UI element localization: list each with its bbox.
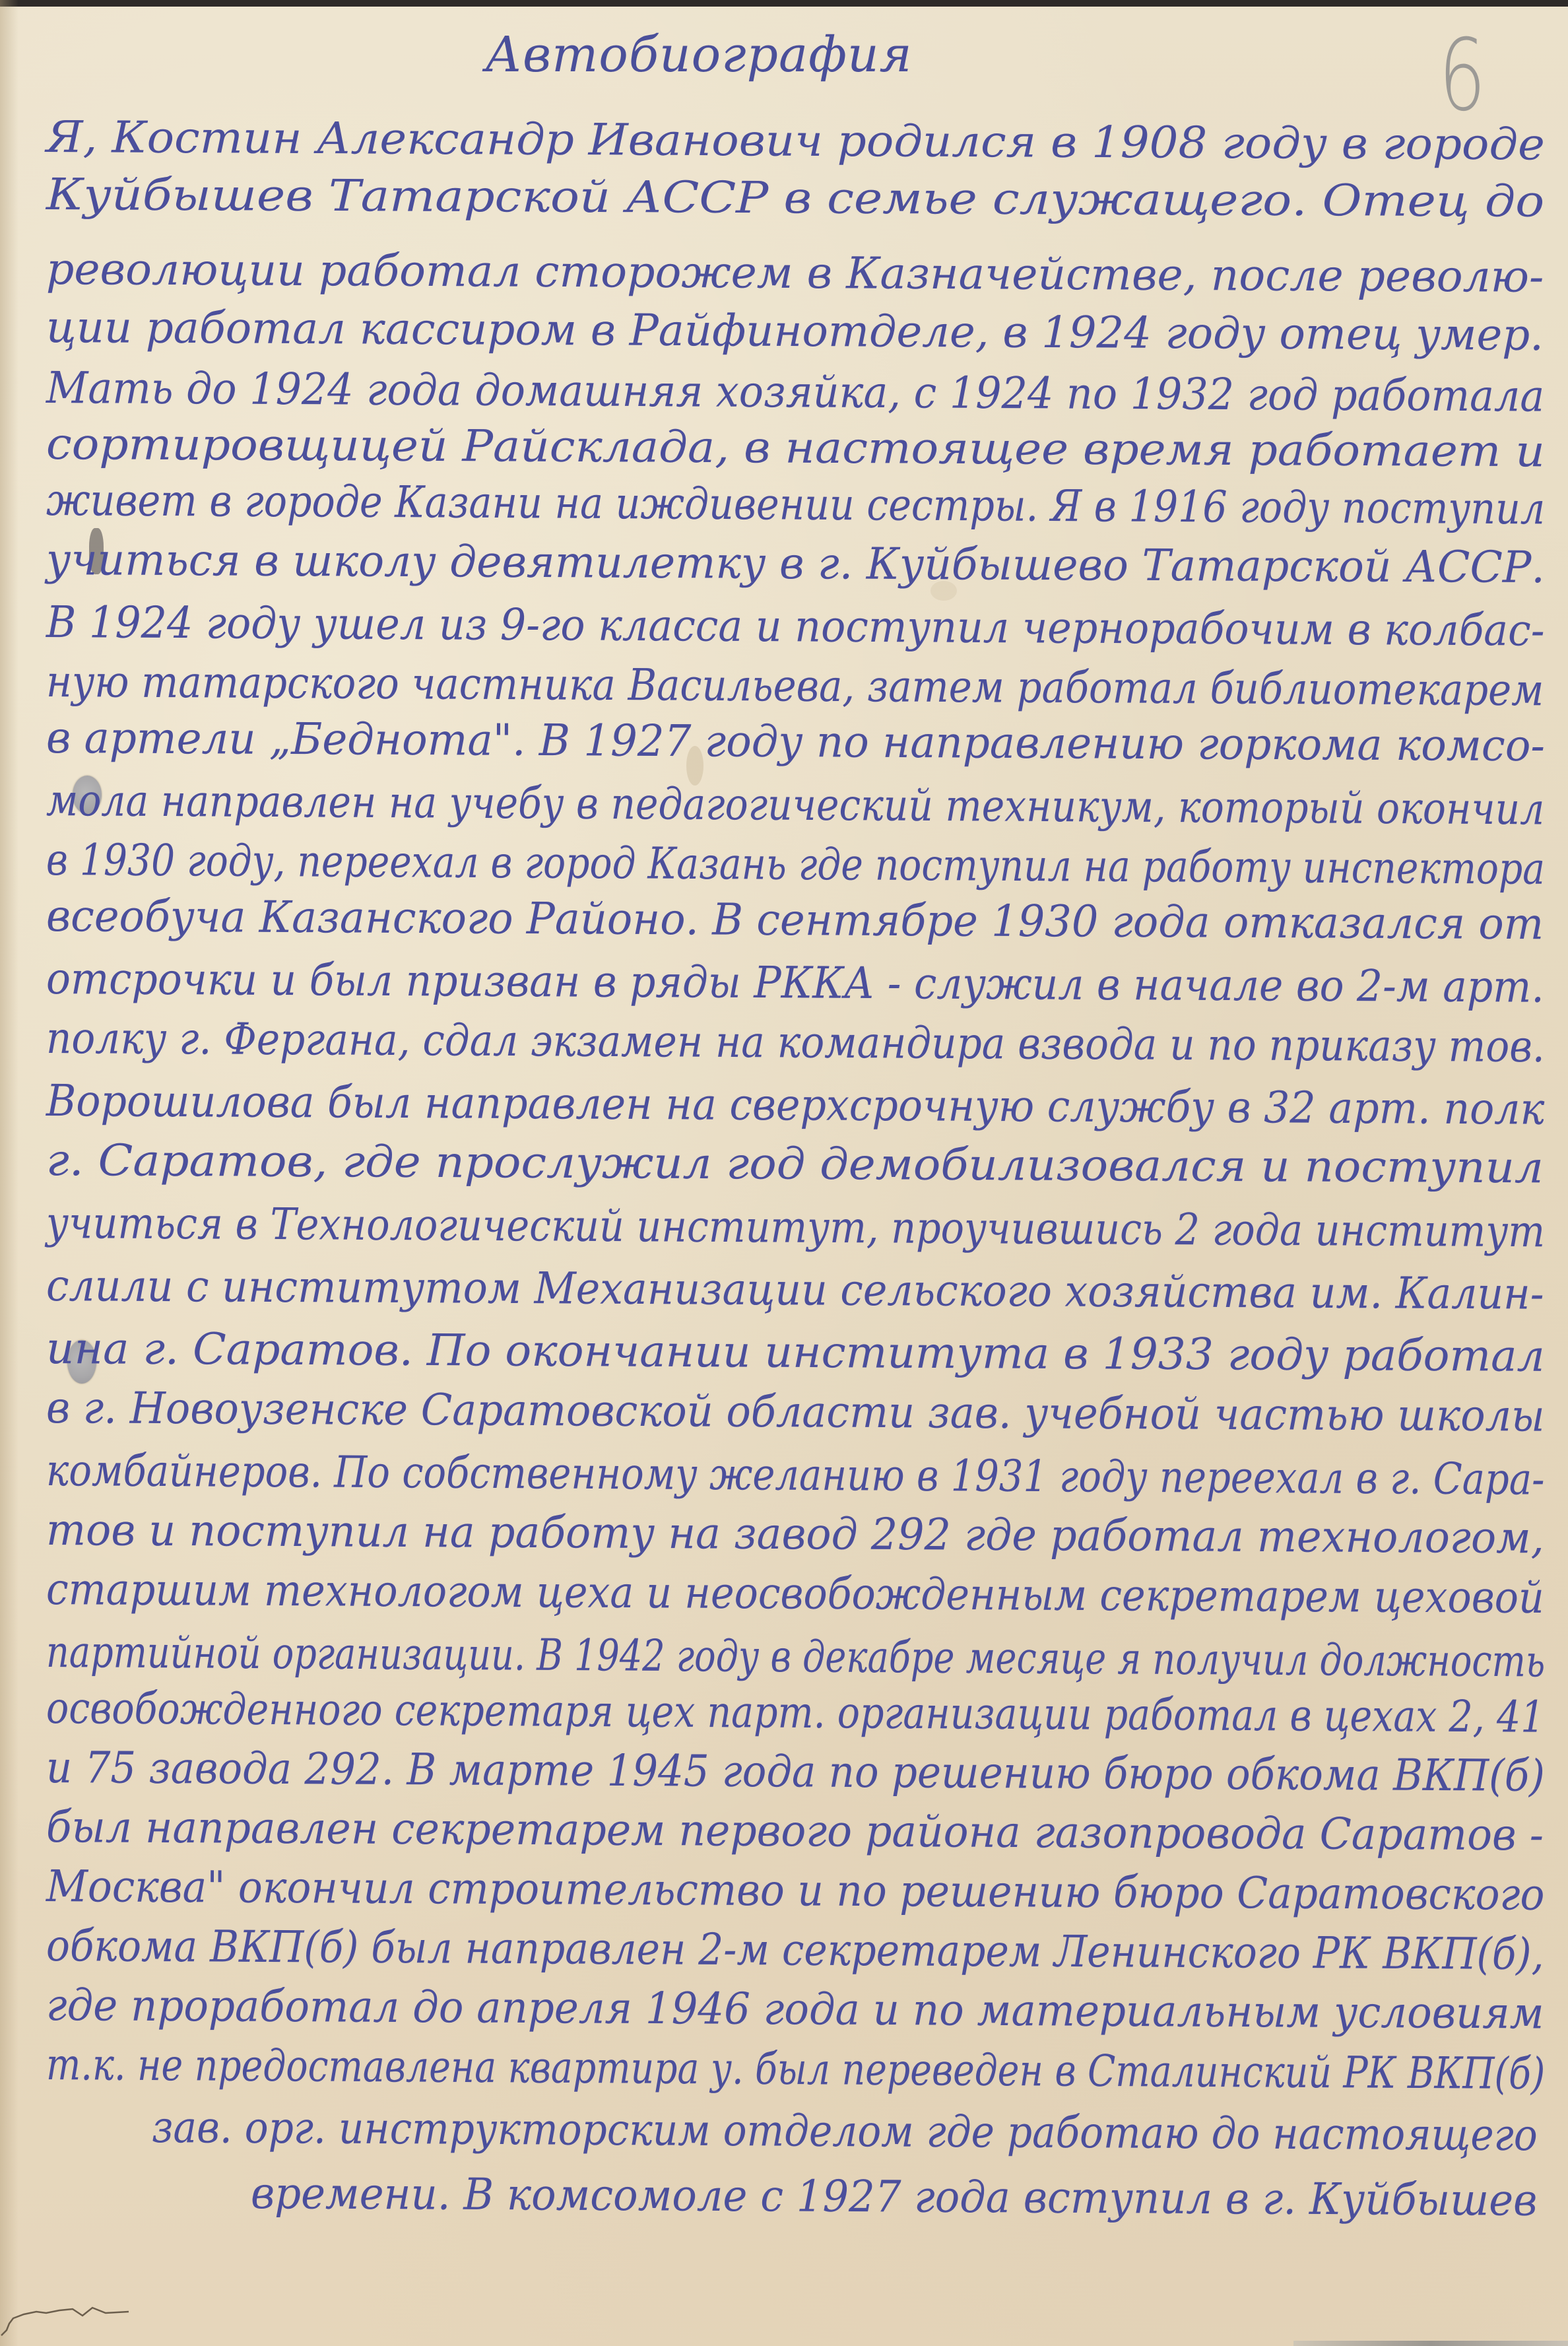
handwritten-line: В 1924 году ушел из 9-го класса и поступ… <box>46 601 1545 653</box>
handwritten-line: сортировщицей Райсклада, в настоящее вре… <box>46 422 1545 473</box>
handwritten-line: учиться в Технологический институт, проу… <box>46 1201 1545 1254</box>
handwritten-line: г. Саратов, где прослужил год демобилизо… <box>46 1139 1544 1190</box>
handwritten-line: учиться в школу девятилетку в г. Куйбыше… <box>46 538 1545 589</box>
page-number: 6 <box>1439 26 1486 125</box>
handwritten-line: Куйбышев Татарской АССР в семье служащег… <box>46 173 1545 224</box>
handwritten-line: обкома ВКП(б) был направлен 2-м секретар… <box>46 1924 1544 1976</box>
handwritten-line: ина г. Саратов. По окончании института в… <box>46 1327 1545 1378</box>
handwritten-line: тов и поступил на работу на завод 292 гд… <box>46 1508 1544 1560</box>
handwritten-line: времени. В комсомоле с 1927 года вступил… <box>251 2172 1538 2223</box>
handwritten-line: где проработал до апреля 1946 года и по … <box>46 1984 1544 2036</box>
handwritten-line: слили с институтом Механизации сельского… <box>46 1264 1544 1316</box>
scan-top-border <box>0 0 1568 7</box>
handwritten-line: в артели „Беднота". В 1927 году по напра… <box>46 716 1545 768</box>
handwritten-line: старшим технологом цеха и неосвобожденны… <box>46 1568 1544 1620</box>
handwritten-line: всеобуча Казанского Районо. В сентябре 1… <box>46 894 1544 946</box>
handwritten-line: мола направлен на учебу в педагогический… <box>46 779 1545 831</box>
handwritten-line: ции работал кассиром в Райфинотделе, в 1… <box>46 306 1544 357</box>
handwritten-line: полку г. Фергана, сдал экзамен на команд… <box>46 1017 1545 1069</box>
handwritten-line: Москва" окончил строительство и по решен… <box>46 1865 1545 1917</box>
scan-bottom-edge <box>1293 2341 1568 2346</box>
paper-tear-mark <box>0 2304 132 2343</box>
document-title: Автобиография <box>485 26 913 83</box>
handwritten-line: освобожденного секретаря цех парт. орган… <box>46 1687 1545 1739</box>
handwritten-line: партийной организации. В 1942 году в дек… <box>46 1630 1546 1684</box>
handwritten-line: в 1930 году, переехал в город Казань где… <box>46 838 1545 891</box>
handwritten-line: Я, Костин Александр Иванович родился в 1… <box>46 116 1545 166</box>
handwritten-line: зав. орг. инструкторским отделом где раб… <box>152 2106 1538 2157</box>
handwritten-line: и 75 завода 292. В марте 1945 года по ре… <box>46 1746 1545 1798</box>
document-page: 6 Автобиография Я, Костин Александр Иван… <box>0 0 1568 2346</box>
handwritten-line: ную татарского частника Васильева, затем… <box>46 660 1544 712</box>
handwritten-line: т.к. не предоставлена квартира у. был пе… <box>46 2043 1546 2096</box>
handwritten-line: комбайнеров. По собственному желанию в 1… <box>46 1449 1545 1502</box>
handwritten-line: революции работал сторожем в Казначейств… <box>46 248 1544 299</box>
paper-edge-shadow <box>0 0 18 2346</box>
handwritten-line: Мать до 1924 года домашняя хозяйка, с 19… <box>46 366 1545 419</box>
handwritten-line: отсрочки и был призван в ряды РККА - слу… <box>46 957 1544 1009</box>
handwritten-line: Ворошилова был направлен на сверхсрочную… <box>46 1079 1545 1131</box>
handwritten-line: в г. Новоузенске Саратовской области зав… <box>46 1386 1545 1438</box>
handwritten-line: живет в городе Казани на иждивении сестр… <box>46 479 1546 531</box>
handwritten-line: был направлен секретарем первого района … <box>46 1805 1544 1857</box>
